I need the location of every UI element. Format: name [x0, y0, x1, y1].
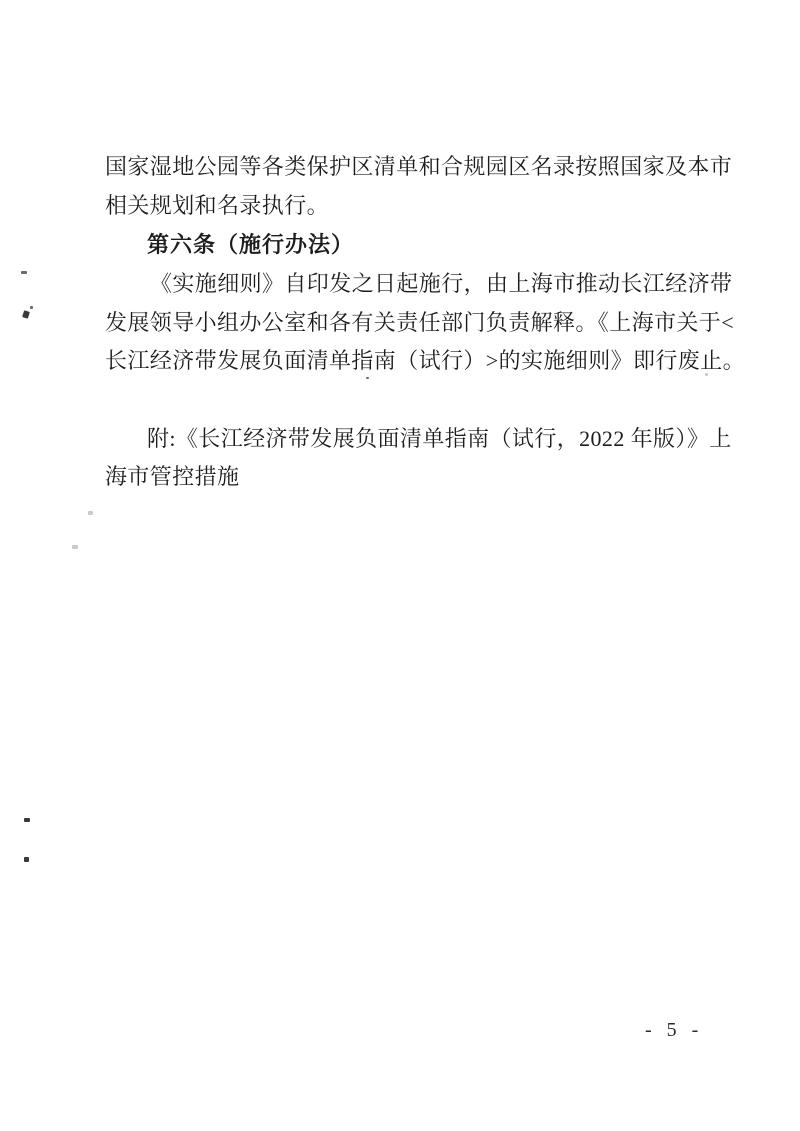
body-text-line: 《实施细则》自印发之日起施行，由上海市推动长江经济带 [150, 271, 732, 297]
attachment-note-line: 海市管控措施 [105, 464, 239, 490]
scan-speck [72, 545, 78, 549]
scan-speck [24, 818, 30, 822]
attachment-note-line: 附:《长江经济带发展负面清单指南（试行，2022 年版）》上 [147, 426, 732, 452]
body-text-line: 国家湿地公园等各类保护区清单和合规园区名录按照国家及本市 [105, 154, 732, 180]
scan-speck [705, 373, 708, 376]
body-text-line: 长江经济带发展负面清单指南（试行）>的实施细则》即行废止。 [105, 348, 745, 374]
scan-speck [88, 511, 93, 515]
scan-speck [366, 377, 369, 379]
page-number: - 5 - [645, 1019, 703, 1042]
body-text-line: 发展领导小组办公室和各有关责任部门负责解释。《上海市关于< [105, 310, 734, 336]
body-text-line: 相关规划和名录执行。 [105, 193, 329, 219]
scan-speck [21, 271, 27, 274]
article-6-heading: 第六条（施行办法） [147, 232, 354, 258]
scan-speck [24, 857, 29, 862]
document-page: 国家湿地公园等各类保护区清单和合规园区名录按照国家及本市 相关规划和名录执行。 … [0, 0, 800, 1131]
scan-speck [22, 310, 30, 319]
scan-speck [30, 306, 33, 309]
